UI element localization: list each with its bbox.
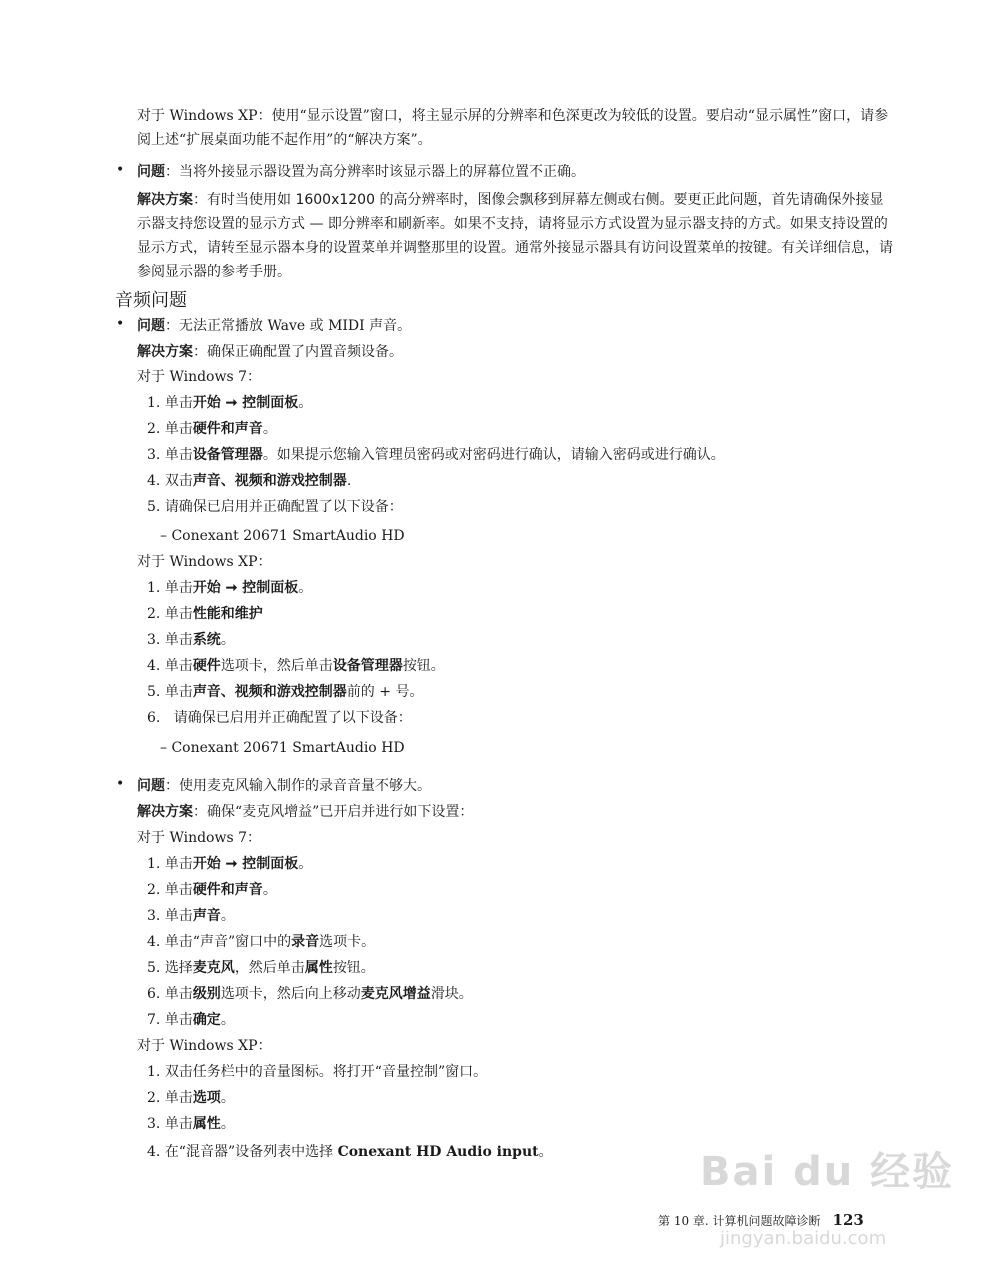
bullet-icon: • (116, 162, 124, 178)
solution-label: 解决方案 (137, 804, 193, 820)
step: 4. 双击声音、视频和游戏控制器. (147, 471, 351, 491)
intro-paragraph: 对于 Windows XP：使用“显示设置”窗口，将主显示屏的分辨率和色深更改为… (137, 104, 897, 152)
problem-label: 问题 (137, 164, 165, 180)
chapter-title: 第 10 章. 计算机问题故障诊断 (658, 1214, 821, 1228)
step: 3. 单击系统。 (147, 630, 235, 650)
problem-label: 问题 (137, 778, 165, 794)
step: 5. 单击声音、视频和游戏控制器前的 + 号。 (147, 682, 423, 702)
solution-audio-1: 解决方案：确保正确配置了内置音频设备。 (137, 342, 403, 362)
solution-label: 解决方案 (137, 192, 193, 208)
step: 3. 单击声音。 (147, 906, 235, 926)
device-item: – Conexant 20671 SmartAudio HD (160, 738, 405, 758)
step: 4. 在“混音器”设备列表中选择 Conexant HD Audio input… (147, 1142, 553, 1162)
step: 2. 单击选项。 (147, 1088, 235, 1108)
solution-text: ：确保正确配置了内置音频设备。 (193, 344, 403, 360)
step: 1. 双击任务栏中的音量图标。将打开“音量控制”窗口。 (147, 1062, 487, 1082)
step: 2. 单击硬件和声音。 (147, 880, 277, 900)
step: 4. 单击硬件选项卡，然后单击设备管理器按钮。 (147, 656, 445, 676)
step: 2. 单击硬件和声音。 (147, 419, 277, 439)
resolution-value: 1600x1200 (295, 192, 375, 208)
page-footer: 第 10 章. 计算机问题故障诊断123 (658, 1211, 864, 1229)
solution-text-a: ：有时当使用如 (193, 192, 295, 208)
step: 1. 单击开始 ➞ 控制面板。 (147, 578, 312, 598)
problem-audio-2: 问题：使用麦克风输入制作的录音音量不够大。 (137, 776, 431, 796)
step: 4. 单击“声音”窗口中的录音选项卡。 (147, 932, 375, 952)
problem-label: 问题 (137, 318, 165, 334)
problem-audio-1: 问题：无法正常播放 Wave 或 MIDI 声音。 (137, 316, 411, 336)
step: 6. 单击级别选项卡，然后向上移动麦克风增益滑块。 (147, 984, 473, 1004)
page-number: 123 (833, 1211, 864, 1229)
solution-display: 解决方案：有时当使用如 1600x1200 的高分辨率时，图像会飘移到屏幕左侧或… (137, 188, 897, 284)
step: 2. 单击性能和维护 (147, 604, 263, 624)
step: 3. 单击属性。 (147, 1114, 235, 1134)
solution-audio-2: 解决方案：确保“麦克风增益”已开启并进行如下设置： (137, 802, 473, 822)
device-item: – Conexant 20671 SmartAudio HD (160, 526, 405, 546)
watermark-logo: Bai du 经验 (700, 1149, 954, 1195)
solution-text: ：确保“麦克风增益”已开启并进行如下设置： (193, 804, 473, 820)
baidu-watermark: Bai du 经验 jingyan.baidu.com (700, 1140, 954, 1197)
xp-label: 对于 Windows XP： (137, 552, 271, 572)
problem-text: ：当将外接显示器设置为高分辨率时该显示器上的屏幕位置不正确。 (165, 164, 585, 180)
problem-text: ：使用麦克风输入制作的录音音量不够大。 (165, 778, 431, 794)
step: 5. 请确保已启用并正确配置了以下设备： (147, 497, 403, 517)
problem-display: 问题：当将外接显示器设置为高分辨率时该显示器上的屏幕位置不正确。 (137, 162, 585, 182)
bullet-icon: • (116, 776, 124, 792)
problem-text: ：无法正常播放 Wave 或 MIDI 声音。 (165, 318, 411, 334)
step: 1. 单击开始 ➞ 控制面板。 (147, 393, 312, 413)
bullet-icon: • (116, 316, 124, 332)
step: 1. 单击开始 ➞ 控制面板。 (147, 854, 312, 874)
step: 6. 请确保已启用并正确配置了以下设备： (147, 708, 412, 728)
step: 3. 单击设备管理器。如果提示您输入管理员密码或对密码进行确认，请输入密码或进行… (147, 445, 725, 465)
intro-text: 对于 Windows XP：使用“显示设置”窗口，将主显示屏的分辨率和色深更改为… (137, 108, 888, 148)
win7-label: 对于 Windows 7： (137, 828, 261, 848)
step: 7. 单击确定。 (147, 1010, 235, 1030)
step: 5. 选择麦克风，然后单击属性按钮。 (147, 958, 375, 978)
win7-label: 对于 Windows 7： (137, 367, 261, 387)
solution-label: 解决方案 (137, 344, 193, 360)
watermark-url: jingyan.baidu.com (720, 1228, 886, 1249)
xp-label: 对于 Windows XP： (137, 1036, 271, 1056)
section-title: 音频问题 (115, 286, 187, 312)
